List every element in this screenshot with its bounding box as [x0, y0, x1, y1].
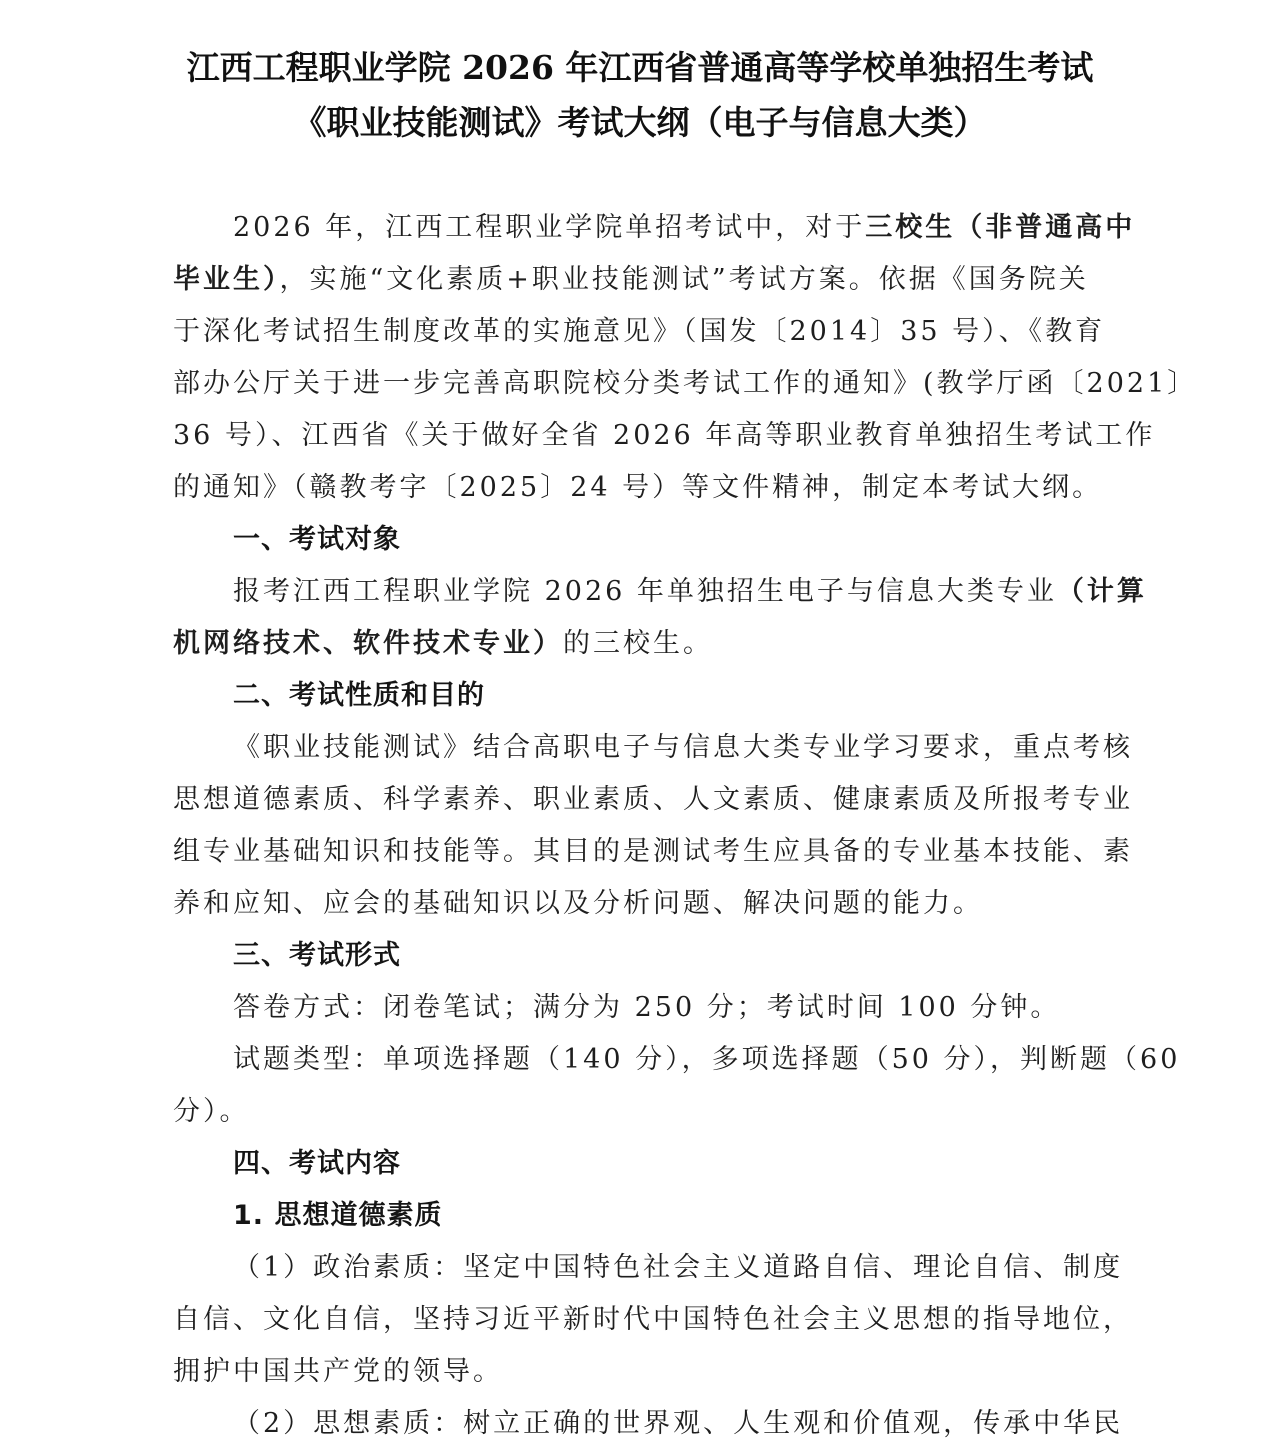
section1-line-2: 机网络技术、软件技术专业）的三校生。 [173, 624, 1123, 664]
section2-line-3: 组专业基础知识和技能等。其目的是测试考生应具备的专业基本技能、素 [173, 832, 1123, 872]
political-quality-line-2: 自信、文化自信，坚持习近平新时代中国特色社会主义思想的指导地位， [173, 1300, 1123, 1340]
section-heading-exam-target: 一、考试对象 [233, 520, 401, 560]
section-heading-exam-format: 三、考试形式 [233, 936, 401, 976]
section2-line-1: 《职业技能测试》结合高职电子与信息大类专业学习要求，重点考核 [233, 728, 1123, 768]
section1-emphasis-majors-a: （计算 [1057, 576, 1147, 607]
intro-line-3: 于深化考试招生制度改革的实施意见》（国发〔2014〕35 号）、《教育 [173, 312, 1123, 352]
section1-line-1-text: 报考江西工程职业学院 2026 年单独招生电子与信息大类专业 [233, 576, 1057, 607]
section2-line-2: 思想道德素质、科学素养、职业素质、人文素质、健康素质及所报考专业 [173, 780, 1123, 820]
intro-line-2: 毕业生），实施“文化素质+职业技能测试”考试方案。依据《国务院关 [173, 260, 1123, 300]
intro-emphasis-graduates: 毕业生） [173, 264, 280, 295]
document-title-line-1: 江西工程职业学院 2026 年江西省普通高等学校单独招生考试 [0, 46, 1280, 90]
question-types-line-2: 分）。 [173, 1092, 1123, 1132]
answer-mode-line: 答卷方式：闭卷笔试；满分为 250 分；考试时间 100 分钟。 [233, 988, 1123, 1028]
ideological-quality-line-1: （2）思想素质：树立正确的世界观、人生观和价值观，传承中华民 [233, 1404, 1123, 1438]
document-page: 江西工程职业学院 2026 年江西省普通高等学校单独招生考试 《职业技能测试》考… [0, 0, 1280, 1438]
intro-line-1: 2026 年，江西工程职业学院单招考试中，对于三校生（非普通高中 [233, 208, 1123, 248]
intro-line-1-text: 2026 年，江西工程职业学院单招考试中，对于 [233, 212, 865, 243]
section1-emphasis-majors-b: 机网络技术、软件技术专业） [173, 628, 563, 659]
subsection-heading-moral-quality: 1. 思想道德素质 [233, 1196, 442, 1236]
question-types-line-1: 试题类型：单项选择题（140 分），多项选择题（50 分），判断题（60 [233, 1040, 1123, 1080]
intro-emphasis-sanxiaosheng: 三校生（非普通高中 [865, 212, 1135, 243]
political-quality-line-1: （1）政治素质：坚定中国特色社会主义道路自信、理论自信、制度 [233, 1248, 1123, 1288]
intro-line-5: 36 号）、江西省《关于做好全省 2026 年高等职业教育单独招生考试工作 [173, 416, 1123, 456]
section2-line-4: 养和应知、应会的基础知识以及分析问题、解决问题的能力。 [173, 884, 1123, 924]
section1-line-2-text: 的三校生。 [563, 628, 713, 659]
intro-line-4: 部办公厅关于进一步完善高职院校分类考试工作的通知》(教学厅函〔2021〕 [173, 364, 1123, 404]
document-title-line-2: 《职业技能测试》考试大纲（电子与信息大类） [0, 101, 1280, 145]
intro-line-2-text: ，实施“文化素质+职业技能测试”考试方案。依据《国务院关 [280, 264, 1089, 295]
section-heading-nature-purpose: 二、考试性质和目的 [233, 676, 485, 716]
political-quality-line-3: 拥护中国共产党的领导。 [173, 1352, 1123, 1392]
intro-line-6: 的通知》（赣教考字〔2025〕24 号）等文件精神，制定本考试大纲。 [173, 468, 1123, 508]
section1-line-1: 报考江西工程职业学院 2026 年单独招生电子与信息大类专业（计算 [233, 572, 1123, 612]
section-heading-exam-content: 四、考试内容 [233, 1144, 401, 1184]
